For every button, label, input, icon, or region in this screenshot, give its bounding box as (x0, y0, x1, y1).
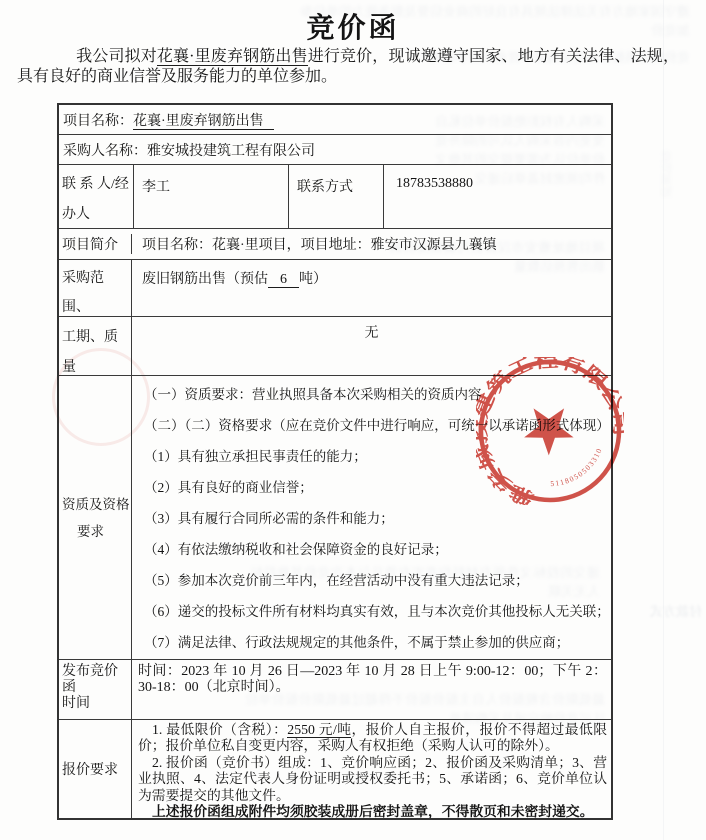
estimated-tonnage: 6 (268, 272, 299, 288)
scope-label: 采购范围、 要求描述 (59, 260, 132, 316)
project-brief-value: 项目名称：花襄·里项目，项目地址：雅安市汉源县九襄镇 (132, 234, 611, 254)
bid-info-table: 项目名称：花襄·里废弃钢筋出售 采购人名称：雅安城投建筑工程有限公司 联 系 人… (57, 103, 613, 820)
quote-requirement-para1: 1. 最低限价（含税）：2550 元/吨，报价人自主报价，报价不得超过最低限价；… (138, 722, 607, 755)
contact-label-line2: 办人 (62, 200, 133, 228)
bid-time-label-line2: 时间 (62, 696, 131, 712)
purchaser-label: 采购人名称： (63, 144, 147, 159)
table-row-quote-requirements: 报价要求 1. 最低限价（含税）：2550 元/吨，报价人自主报价，报价不得超过… (59, 720, 611, 818)
table-row-schedule-quality: 工期、质量 要求 无 (59, 317, 611, 376)
price-limit-underlined: 2550 元/吨 (287, 722, 351, 738)
qualification-item: （7）满足法律、行政法规规定的其他条件，不属于禁止参加的供应商； (144, 632, 609, 653)
scope-value-before: 废旧钢筋出售（预估 (142, 272, 268, 287)
qualifications-label: 资质及资格 要求 (59, 376, 132, 659)
bleedthrough-text: 竞价须知 (658, 150, 677, 270)
bleedthrough-line (663, 0, 664, 840)
qualifications-list: （一）资质要求：营业执照具备本次采购相关的资质内容 （二）（二）资格要求（应在竞… (132, 376, 611, 659)
project-brief-label: 项目简介 (59, 234, 132, 254)
purchaser-value: 雅安城投建筑工程有限公司 (147, 144, 315, 159)
intro-text-before: 我公司拟对 (76, 48, 157, 65)
qualification-item: （2）具有良好的商业信誉； (144, 477, 609, 498)
quote-requirement-para2: 2. 报价函（竞价书）组成：1、竞价响应函；2、报价函及采购清单；3、营业执照、… (138, 755, 607, 804)
schedule-value: 无 (132, 317, 611, 375)
table-row-project-name: 项目名称：花襄·里废弃钢筋出售 (59, 105, 611, 135)
para1-before: 1. 最低限价（含税）： (152, 722, 287, 737)
table-row-qualifications: 资质及资格 要求 （一）资质要求：营业执照具备本次采购相关的资质内容 （二）（二… (59, 376, 611, 660)
intro-paragraph: 我公司拟对花襄·里废弃钢筋出售进行竞价，现诚邀遵守国家、地方有关法律、法规，具有… (17, 47, 679, 86)
qualifications-label-line1: 资质及资格 (62, 491, 131, 518)
qualification-item: （6）递交的投标文件所有材料均真实有效，且与本次竞价其他投标人无关联； (144, 601, 609, 622)
project-name-cell: 项目名称：花襄·里废弃钢筋出售 (59, 110, 611, 130)
table-row-purchaser: 采购人名称：雅安城投建筑工程有限公司 (59, 135, 611, 165)
project-name-underlined: 花襄·里废弃钢筋出售 (157, 48, 308, 66)
qualification-item: （一）资质要求：营业执照具备本次采购相关的资质内容 (144, 384, 609, 405)
scanned-bid-letter-page: 遵守国家地方有关法律法规具有良好的商业信誉及服务能力的单位参加竞价 竞价响应函报… (0, 0, 706, 840)
document-title: 竞价函 (0, 6, 706, 46)
scope-value-after: 吨） (299, 272, 327, 287)
table-row-scope: 采购范围、 要求描述 废旧钢筋出售（预估6吨） (59, 260, 611, 317)
quote-requirements-content: 1. 最低限价（含税）：2550 元/吨，报价人自主报价，报价不得超过最低限价；… (132, 720, 611, 818)
bleedthrough-text: 付款方式 (618, 602, 702, 621)
quote-requirement-para3: 上述报价函组成附件均须胶装成册后密封盖章，不得散页和未密封递交。 (138, 804, 607, 818)
bid-time-value: 时间：2023 年 10 月 26 日—2023 年 10 月 28 日上午 9… (132, 660, 611, 719)
qualification-item: （二）（二）资格要求（应在竞价文件中进行响应，可统一以承诺函形式体现） (144, 415, 609, 436)
bid-time-label: 发布竞价函 时间 (59, 660, 132, 719)
project-name-value: 花襄·里废弃钢筋出售 (133, 114, 274, 130)
quote-requirements-label: 报价要求 (59, 720, 132, 818)
contact-label-line1: 联 系 人/经 (62, 170, 133, 200)
table-row-contact: 联 系 人/经 办人 李工 联系方式 18783538880 (59, 165, 611, 229)
contact-phone-cell: 18783538880 (384, 165, 611, 228)
contact-method-label-cell: 联系方式 (289, 165, 384, 228)
contact-name-cell: 李工 (134, 165, 289, 228)
contact-label-cell: 联 系 人/经 办人 (59, 165, 134, 228)
qualification-item: （4）有依法缴纳税收和社会保障资金的良好记录； (144, 539, 609, 560)
schedule-label: 工期、质量 要求 (59, 317, 132, 375)
project-name-label: 项目名称： (63, 114, 133, 129)
bid-time-label-line1: 发布竞价函 (62, 664, 131, 696)
schedule-label-line1: 工期、质量 (62, 323, 131, 375)
purchaser-cell: 采购人名称：雅安城投建筑工程有限公司 (59, 140, 611, 160)
scope-value: 废旧钢筋出售（预估6吨） (132, 260, 611, 316)
qualification-item: （5）参加本次竞价前三年内，在经营活动中没有重大违法记录； (144, 570, 609, 591)
qualification-item: （1）具有独立承担民事责任的能力； (144, 446, 609, 467)
table-row-bid-time: 发布竞价函 时间 时间：2023 年 10 月 26 日—2023 年 10 月… (59, 660, 611, 720)
scope-label-line1: 采购范围、 (62, 264, 131, 316)
qualification-item: （3）具有履行合同所必需的条件和能力； (144, 508, 609, 529)
table-row-project-brief: 项目简介 项目名称：花襄·里项目，项目地址：雅安市汉源县九襄镇 (59, 229, 611, 260)
qualifications-label-line2: 要求 (62, 518, 131, 545)
